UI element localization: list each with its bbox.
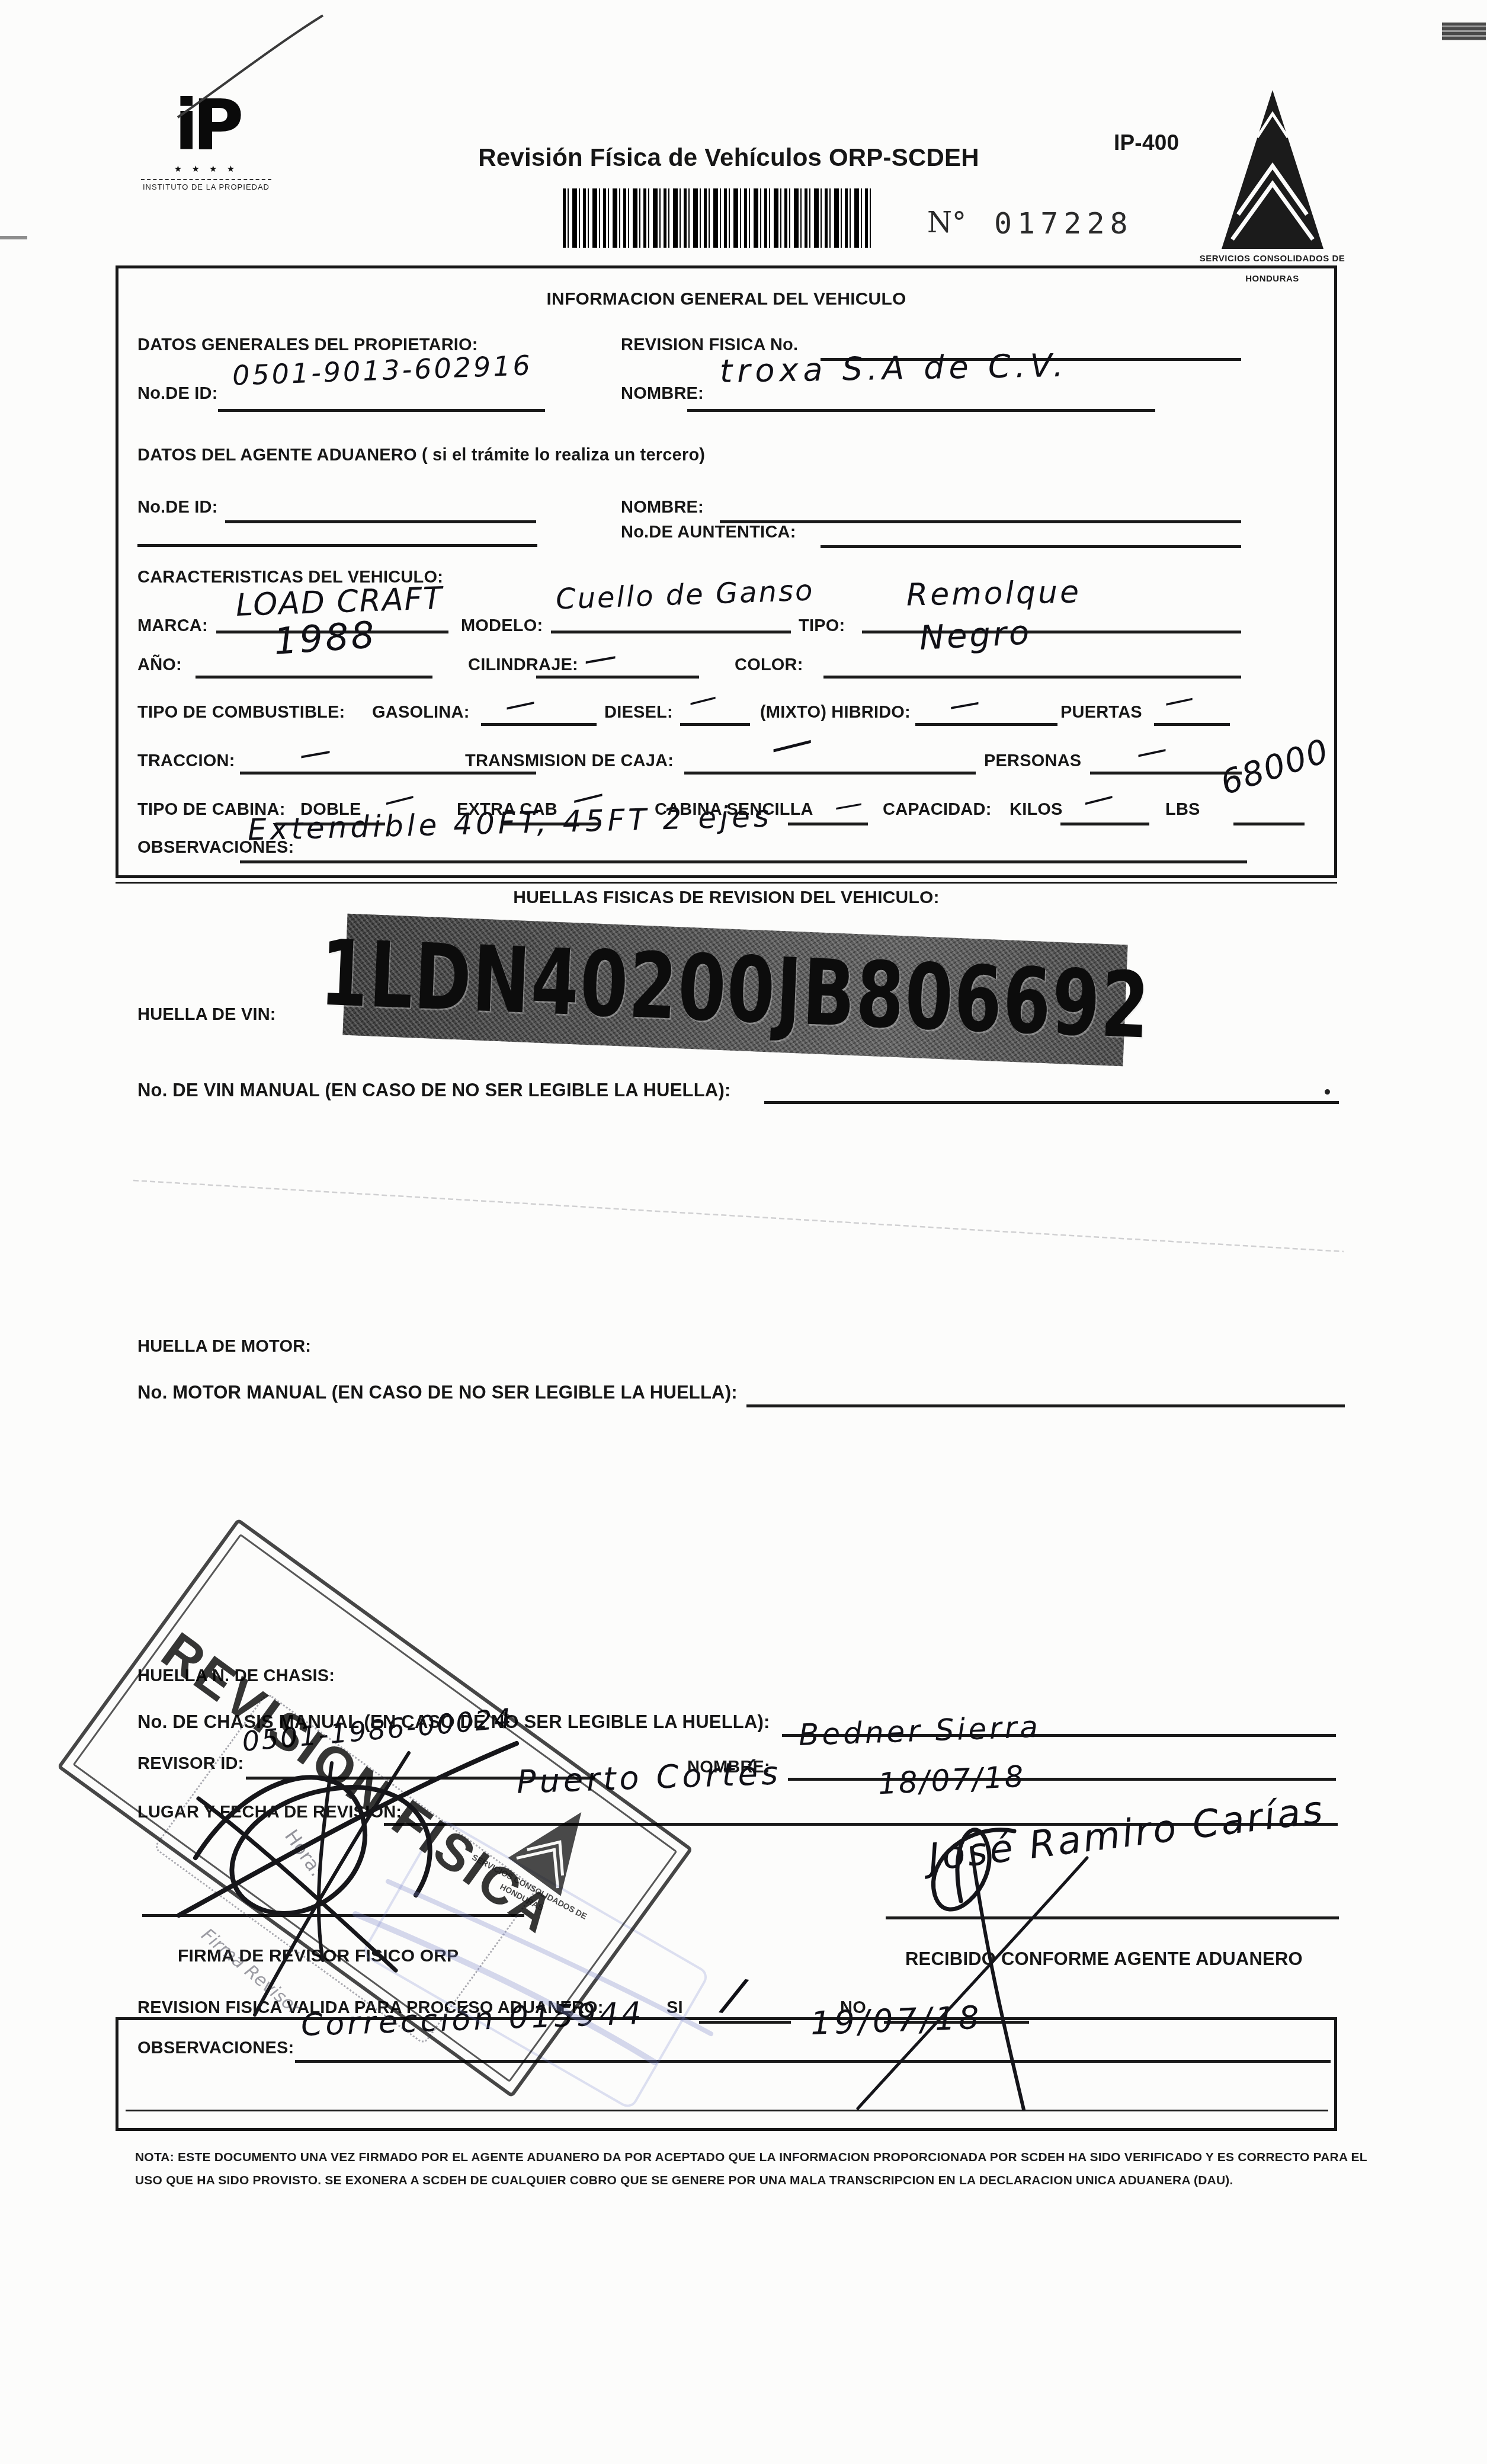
nota-text: NOTA: ESTE DOCUMENTO UNA VEZ FIRMADO POR… (135, 2146, 1376, 2193)
gasolina-line (481, 723, 597, 726)
gasolina-label: GASOLINA: (372, 703, 470, 722)
serial-number-label: N° (927, 206, 966, 239)
huellas-title: HUELLAS FISICAS DE REVISION DEL VEHICULO… (116, 888, 1337, 908)
vin-manual-label: No. DE VIN MANUAL (EN CASO DE NO SER LEG… (137, 1080, 731, 1101)
form-code: IP-400 (1114, 130, 1179, 155)
cilindraje-value: — (581, 636, 620, 680)
revisor-nombre-line (788, 1778, 1336, 1781)
tipo-value: Remolque (906, 574, 1081, 613)
personas-label: PERSONAS (984, 751, 1081, 771)
final-obs-label: OBSERVACIONES: (137, 2039, 294, 2058)
diesel-label: DIESEL: (604, 703, 673, 722)
color-label: COLOR: (735, 655, 803, 675)
vin-value: 1LDN40200JB806692 (318, 920, 1152, 1059)
owner-id-line (218, 409, 545, 412)
vin-manual-line (764, 1101, 1339, 1104)
final-obs-fecha: 19/07/18 (810, 1999, 983, 2042)
traccion-label: TRACCION: (137, 751, 235, 771)
agent-heading: DATOS DEL AGENTE ADUANERO ( si el trámit… (137, 446, 705, 465)
color-line (823, 676, 1241, 679)
motor-manual-label: No. MOTOR MANUAL (EN CASO DE NO SER LEGI… (137, 1382, 738, 1403)
puertas-label: PUERTAS (1060, 703, 1142, 722)
agente-firma-value: José Ramiro Carías (926, 1788, 1327, 1880)
vehicle-obs-line (240, 860, 1247, 863)
agent-name-line (720, 520, 1241, 523)
ip-logo: iP ★ ★ ★ ★ INSTITUTO DE LA PROPIEDAD (141, 90, 271, 191)
marca-label: MARCA: (137, 616, 208, 636)
sencilla-line (788, 823, 868, 825)
owner-heading: DATOS GENERALES DEL PROPIETARIO: (137, 335, 478, 355)
cilindraje-line (536, 676, 699, 679)
modelo-label: MODELO: (461, 616, 543, 636)
traccion-line (240, 772, 536, 775)
ink-dot (1325, 1089, 1330, 1095)
agent-name-label: NOMBRE: (621, 498, 704, 517)
agent-id-line (225, 520, 536, 523)
kilos-label: KILOS (1010, 800, 1063, 820)
scan-smudge (1442, 23, 1486, 40)
lbs-line (1233, 823, 1305, 825)
recibido-line (886, 1916, 1339, 1919)
owner-name-label: NOMBRE: (621, 384, 704, 404)
fecha-value: 18/07/18 (877, 1759, 1026, 1801)
cilindraje-label: CILINDRAJE: (468, 655, 578, 675)
vin-rubbing: 1LDN40200JB806692 (342, 914, 1127, 1067)
sencilla-value: — (832, 786, 866, 823)
kilos-line (1060, 823, 1149, 825)
motor-label: HUELLA DE MOTOR: (137, 1337, 311, 1356)
agent-id-label: No.DE ID: (137, 498, 218, 517)
tipo-label: TIPO: (799, 616, 845, 636)
vin-label: HUELLA DE VIN: (137, 1005, 276, 1025)
traccion-value: — (296, 731, 334, 773)
diesel-line (680, 723, 750, 726)
scan-artifact-line (133, 1180, 1344, 1252)
scanned-form-page: iP ★ ★ ★ ★ INSTITUTO DE LA PROPIEDAD Rev… (0, 0, 1487, 2464)
hibrido-value: — (946, 684, 983, 724)
barcode (563, 188, 871, 248)
ip-logo-monogram: iP (141, 90, 271, 160)
ip-logo-name: INSTITUTO DE LA PROPIEDAD (141, 183, 271, 191)
owner-id-label: No.DE ID: (137, 384, 218, 404)
ano-label: AÑO: (137, 655, 182, 675)
owner-name-line (687, 409, 1155, 412)
capacidad-label: CAPACIDAD: (883, 800, 992, 820)
box-bottom-extra-rule (116, 882, 1337, 884)
recibido-label: RECIBIDO CONFORME AGENTE ADUANERO (905, 1948, 1303, 1970)
si-check: / (720, 1967, 746, 2023)
obsbox-inner-line (126, 2110, 1328, 2111)
ano-value: 1988 (273, 613, 378, 663)
transmision-label: TRANSMISION DE CAJA: (465, 751, 674, 771)
transmision-line (684, 772, 976, 775)
form-title: Revisión Física de Vehículos ORP-SCDEH (438, 143, 1019, 172)
color-value: Negro (918, 613, 1032, 658)
ip-logo-rule (141, 179, 271, 180)
ip-logo-stars: ★ ★ ★ ★ (141, 164, 271, 174)
combustible-label: TIPO DE COMBUSTIBLE: (137, 703, 345, 722)
hibrido-line (915, 723, 1057, 726)
ano-line (196, 676, 432, 679)
serial-number: 017228 (994, 206, 1133, 241)
owner-name-value: troxa S.A de C.V. (719, 347, 1068, 390)
agent-blank-line (137, 544, 537, 547)
puertas-line (1154, 723, 1230, 726)
lbs-label: LBS (1165, 800, 1200, 820)
revisor-nombre-value: Bedner Sierra (798, 1710, 1041, 1752)
motor-manual-line (746, 1404, 1345, 1407)
general-info-title: INFORMACION GENERAL DEL VEHICULO (116, 289, 1337, 309)
modelo-line (551, 631, 791, 633)
observaciones-box (116, 2017, 1337, 2131)
sch-logo-icon (1222, 90, 1323, 252)
sch-logo-caption1: SERVICIOS CONSOLIDADOS DE (1155, 254, 1389, 264)
final-obs-line (295, 2060, 1331, 2063)
agent-autentica-line (821, 545, 1241, 548)
scan-dash (0, 236, 27, 239)
agent-autentica-label: No.DE AUNTENTICA: (621, 523, 796, 542)
